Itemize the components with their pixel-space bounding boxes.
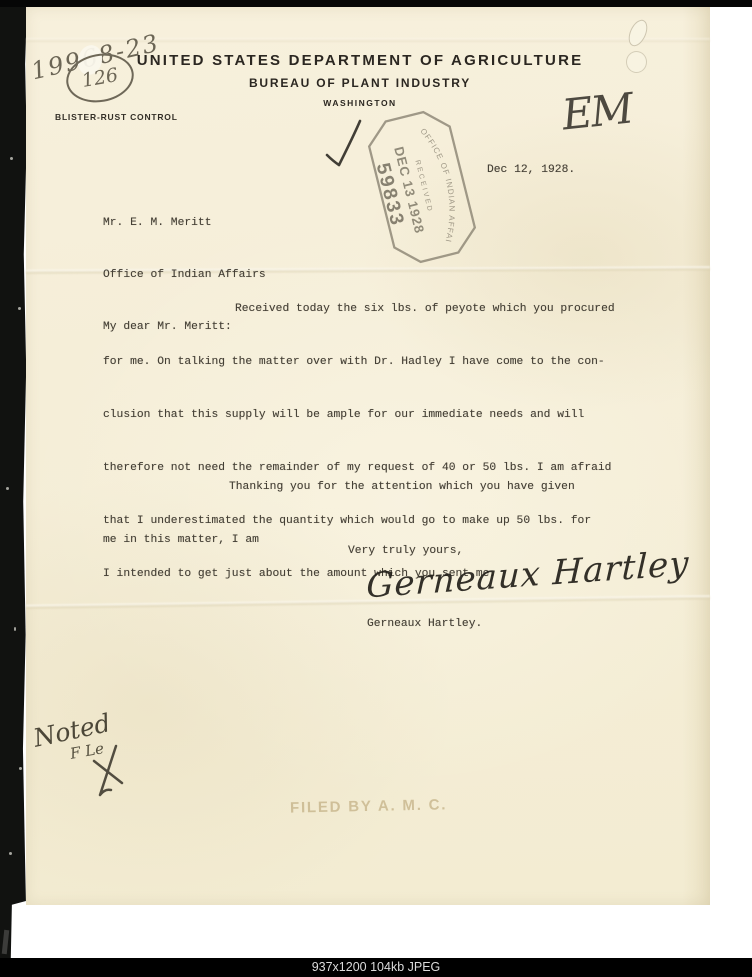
body-line: Received today the six lbs. of peyote wh… [103, 295, 615, 324]
erasure-mark [626, 51, 647, 73]
caption-bar: 937x1200 104kb JPEG [0, 958, 752, 977]
closing-line: Very truly yours, [348, 545, 463, 557]
recipient-name-line: Mr. E. M. Meritt [103, 209, 266, 237]
scan-dust-speck [6, 487, 9, 490]
signature-typed: Gerneaux Hartley. [367, 618, 482, 630]
scan-dust-speck [10, 157, 13, 160]
letter-page: 19968-23 126 UNITED STATES DEPARTMENT OF… [26, 7, 710, 905]
checkmark-icon [320, 117, 364, 171]
scan-dust-speck [9, 852, 12, 855]
scan-edge-left [0, 7, 27, 958]
division-label: BLISTER-RUST CONTROL [55, 112, 178, 122]
scan-dust-speck [18, 307, 21, 310]
body-line: for me. On talking the matter over with … [103, 348, 615, 377]
caption-text: 937x1200 104kb JPEG [312, 960, 441, 974]
letterhead-department: UNITED STATES DEPARTMENT OF AGRICULTURE [18, 52, 702, 69]
clerk-initials-handwritten: EM [560, 83, 634, 139]
scan-edge-top [0, 0, 752, 7]
received-stamp: OFFICE OF INDIAN AFFAIRS RECEIVED DEC 13… [359, 103, 485, 271]
body-line: me in this matter, I am [103, 526, 575, 555]
filed-stamp: FILED BY A. M. C. [290, 796, 448, 816]
scan-dust-speck [19, 767, 22, 770]
scan-dust-speck [14, 627, 16, 631]
body-line: clusion that this supply will be ample f… [103, 401, 615, 430]
scanned-letter-attachment: 19968-23 126 UNITED STATES DEPARTMENT OF… [0, 0, 752, 977]
date-line: Dec 12, 1928. [487, 164, 575, 176]
x-mark-icon [88, 743, 132, 803]
body-line: Thanking you for the attention which you… [103, 473, 575, 502]
erasure-mark [625, 17, 651, 49]
